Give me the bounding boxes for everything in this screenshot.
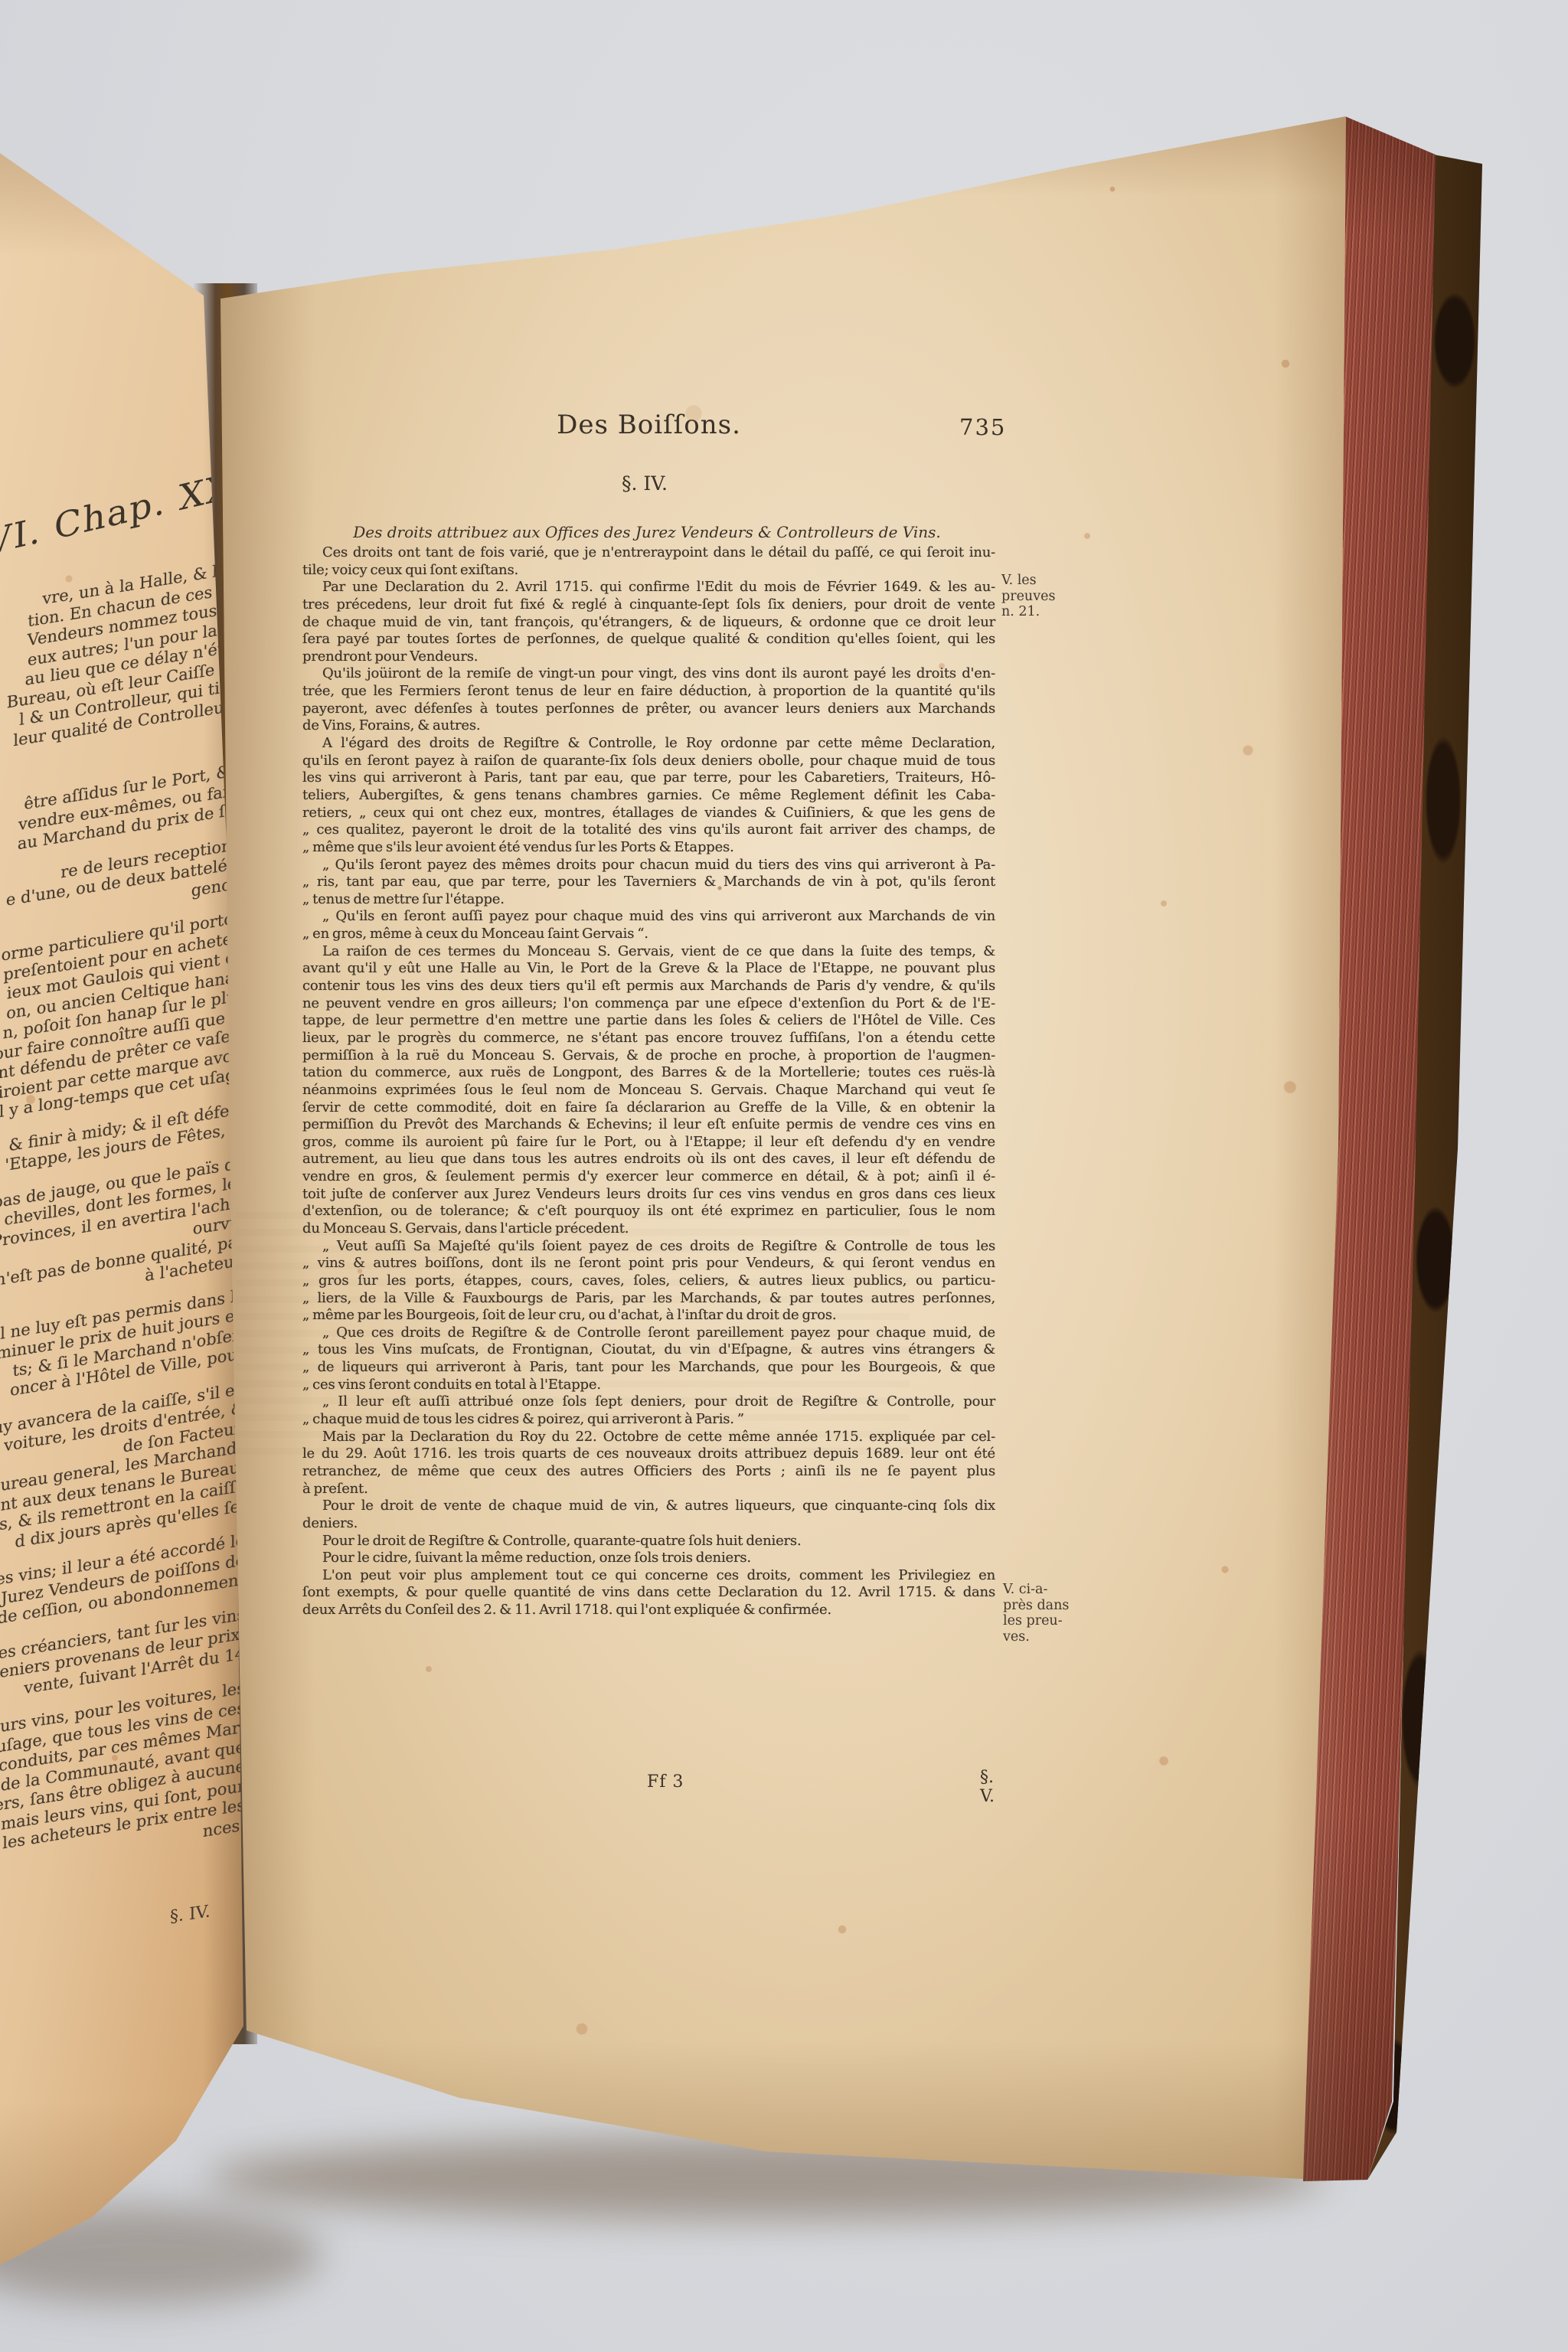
margin-note: V. les preuves n. 21. (1001, 573, 1074, 620)
section-subtitle: Des droits attribuez aux Offices des Jur… (337, 523, 957, 541)
margin-note-line: V. ci-a- (1003, 1582, 1076, 1598)
margin-note-line: preuves (1001, 589, 1074, 605)
body-text-line: „ Il leur eſt auſſi attribué onze ſols ſ… (302, 1393, 995, 1411)
body-text-line: „ même par les Bourgeois, ſoit de leur c… (302, 1307, 995, 1325)
body-text-line: toit juſte de conſerver aux Jurez Vendeu… (302, 1186, 995, 1204)
body-text-line: les vins qui arriveront à Paris, tant pa… (302, 769, 995, 787)
body-text-line: Mais par la Declaration du Roy du 22. Oc… (302, 1429, 995, 1446)
body-text-line: La raiſon de ces termes du Monceau S. Ge… (302, 943, 995, 961)
right-page: Des Boiſſons. 735 §. IV. Des droits attr… (213, 113, 1354, 2185)
body-text-line: lieux, par le progrès du commerce, ne s'… (302, 1030, 995, 1047)
body-text-line: A l'égard des droits de Regiſtre & Contr… (302, 735, 995, 753)
body-text-line: du Monceau S. Gervais, dans l'article pr… (302, 1220, 995, 1238)
body-text-line: „ vins & autres boiſſons, dont ils ne ſe… (302, 1255, 995, 1272)
photo-backdrop: VI. Chap. XX. vre, un à la Halle, & leur… (0, 0, 1568, 2352)
left-page-catchword: §. IV. (170, 1902, 211, 1926)
body-text-line: teliers, Aubergiſtes, & gens tenans cham… (302, 787, 995, 805)
body-text-line: „ Qu'ils ſeront payez des mêmes droits p… (302, 857, 995, 874)
body-text-line: ſont exempts, & pour quelle quantité de … (302, 1584, 995, 1602)
body-text-line: retranchez, de même que ceux des autres … (302, 1463, 995, 1481)
body-text-line: payeront, avec défenſes à toutes perſonn… (302, 701, 995, 718)
body-text-line: ſera payé par toutes ſortes de perſonnes… (302, 631, 995, 648)
running-title: Des Boiſſons. (557, 410, 741, 440)
margin-note-line: n. 21. (1001, 604, 1074, 620)
body-text-line: „ de liqueurs qui arriveront à Paris, ta… (302, 1359, 995, 1377)
body-text-line: „ même que s'ils leur avoient été vendus… (302, 839, 995, 857)
body-text-line: de Vins, Forains, & autres. (302, 717, 995, 735)
section-mark: §. IV. (622, 472, 668, 495)
body-text-line: gros, comme ils auroient pû faire ſur le… (302, 1134, 995, 1151)
body-text-line: permiſſion à la ruë du Monceau S. Gervai… (302, 1047, 995, 1065)
left-page-text: vre, un à la Halle, & leurtion. En chacu… (0, 556, 257, 1882)
body-text-line: L'on peut voir plus amplement tout ce qu… (302, 1567, 995, 1585)
body-text-line: „ Qu'ils en ſeront auſſi payez pour chaq… (302, 908, 995, 926)
catchword: §. V. (980, 1768, 995, 1806)
body-text-line: à preſent. (302, 1481, 995, 1498)
body-text-line: Pour le cidre, ſuivant la même reduction… (302, 1550, 995, 1567)
body-text-line: tation du commerce, aux ruës de Longpont… (302, 1064, 995, 1082)
body-text-line: Qu'ils joüiront de la remiſe de vingt-un… (302, 665, 995, 683)
body-text: Ces droits ont tant de fois varié, que j… (302, 544, 995, 1619)
body-text-line: d'extenſion, ou de tolerance; & c'eſt po… (302, 1203, 995, 1220)
body-text-line: autrement, au lieu que dans tous les aut… (302, 1151, 995, 1168)
margin-note: V. ci-a- près dans les preu- ves. (1003, 1582, 1076, 1645)
body-text-line: prendront pour Vendeurs. (302, 648, 995, 666)
body-text-line: „ liers, de la Ville & Fauxbourgs de Par… (302, 1290, 995, 1308)
body-text-line: „ ris, tant par eau, que par terre, pour… (302, 874, 995, 891)
body-text-line: de chaque muid de vin, tant françois, qu… (302, 614, 995, 632)
body-text-line: permiſſion du Prevôt des Marchands & Ech… (302, 1116, 995, 1134)
body-text-line: „ Veut auſſi Sa Majeſté qu'ils ſoient pa… (302, 1238, 995, 1256)
body-text-line: tappe, de leur permettre d'en mettre une… (302, 1012, 995, 1030)
body-text-line: ſervir de cette commodité, doit en faire… (302, 1099, 995, 1117)
left-running-head: VI. Chap. XX. (0, 462, 245, 566)
body-text-line: deux Arrêts du Conſeil des 2. & 11. Avri… (302, 1602, 995, 1619)
margin-note-line: ves. (1003, 1629, 1076, 1645)
body-text-line: „ tous les Vins muſcats, de Frontignan, … (302, 1341, 995, 1359)
signature-mark: Ff 3 (647, 1772, 684, 1792)
body-text-line: contenir tous les vins des deux tiers qu… (302, 978, 995, 995)
margin-note-line: près dans (1003, 1598, 1076, 1614)
body-text-line: „ gros ſur les ports, étappes, cours, ca… (302, 1272, 995, 1290)
body-text-line: Ces droits ont tant de fois varié, que j… (302, 544, 995, 562)
body-text-line: „ chaque muid de tous les cidres & poire… (302, 1411, 995, 1429)
body-text-line: „ ces qualitez, payeront le droit de la … (302, 822, 995, 839)
body-text-line: tres précedens, leur droit fut fixé & re… (302, 596, 995, 614)
body-text-line: „ Que ces droits de Regiſtre & de Contro… (302, 1325, 995, 1342)
page-number: 735 (959, 414, 1006, 440)
margin-note-line: les preu- (1003, 1613, 1076, 1629)
margin-note-line: V. les (1001, 573, 1074, 589)
body-text-line: trée, que les Fermiers ſeront tenus de l… (302, 683, 995, 701)
body-text-line: le du 29. Août 1716. les trois quarts de… (302, 1445, 995, 1463)
body-text-line: Pour le droit de vente de chaque muid de… (302, 1498, 995, 1515)
body-text-line: avant qu'il y eût une Halle au Vin, le P… (302, 960, 995, 978)
body-text-line: tile; voicy ceux qui ſont exiſtans. (302, 562, 995, 580)
body-text-line: Pour le droit de Regiſtre & Controlle, q… (302, 1533, 995, 1550)
body-text-line: retiers, „ ceux qui ont chez eux, montre… (302, 805, 995, 822)
body-text-line: vendre en gros, & ſeulement permis d'y e… (302, 1168, 995, 1186)
body-text-line: „ tenus de mettre ſur l'étappe. (302, 891, 995, 909)
body-text-line: „ en gros, même à ceux du Monceau ſaint … (302, 926, 995, 943)
body-text-line: qu'ils en ſeront payez à raiſon de quara… (302, 753, 995, 770)
body-text-line: néanmoins exprimées ſous le ſeul nom de … (302, 1082, 995, 1099)
body-text-line: Par une Declaration du 2. Avril 1715. qu… (302, 579, 995, 596)
body-text-line: ne peuvent vendre en gros ailleurs; l'on… (302, 995, 995, 1013)
body-text-line: „ ces vins ſeront conduits en total à l'… (302, 1377, 995, 1394)
body-text-line: deniers. (302, 1515, 995, 1533)
